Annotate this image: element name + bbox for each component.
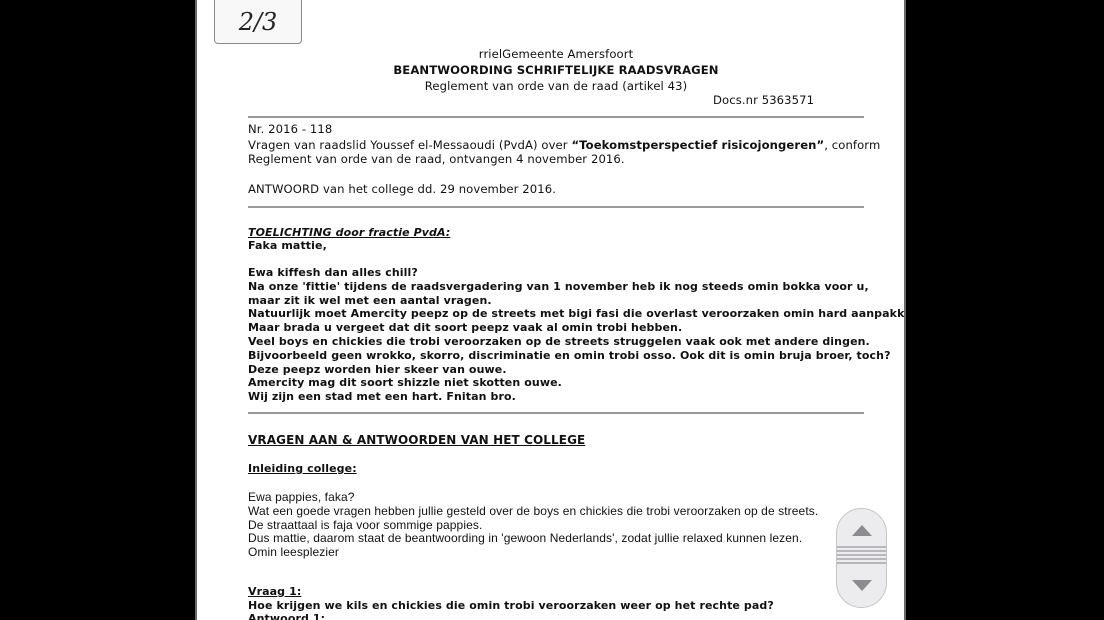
question-line-pre: Vragen van raadslid Youssef el-Messaoudi… bbox=[248, 138, 571, 152]
toelichting-line: Veel boys en chickies die trobi veroorza… bbox=[248, 335, 870, 348]
toelichting-line: Deze peepz worden hier skeer van ouwe. bbox=[248, 363, 507, 376]
scroll-control[interactable] bbox=[836, 508, 887, 608]
answer-date-line: ANTWOORD van het college dd. 29 november… bbox=[248, 182, 556, 196]
question-line-post: , conform bbox=[824, 138, 880, 152]
document-subtitle: Reglement van orde van de raad (artikel … bbox=[197, 79, 906, 93]
docs-number: Docs.nr 5363571 bbox=[713, 93, 814, 107]
intro-line: Wat een goede vragen hebben jullie geste… bbox=[248, 504, 818, 518]
toelichting-line: Ewa kiffesh dan alles chill? bbox=[248, 266, 418, 279]
intro-line: De straattaal is faja voor sommige pappi… bbox=[248, 518, 482, 532]
divider bbox=[248, 206, 864, 208]
document-number: Nr. 2016 - 118 bbox=[248, 122, 332, 136]
question-topic: “Toekomstperspectief risicojongeren” bbox=[571, 138, 824, 152]
question-line-2: Reglement van orde van de raad, ontvange… bbox=[248, 152, 625, 166]
divider bbox=[248, 116, 864, 118]
toelichting-heading: TOELICHTING door fractie PvdA: bbox=[248, 226, 450, 239]
document-title: BEANTWOORDING SCHRIFTELIJKE RAADSVRAGEN bbox=[197, 63, 906, 77]
document-content: rrielGemeente Amersfoort BEANTWOORDING S… bbox=[197, 0, 904, 620]
municipality-name: rrielGemeente Amersfoort bbox=[197, 47, 906, 61]
toelichting-line: Bijvoorbeeld geen wrokko, skorro, discri… bbox=[248, 349, 891, 362]
question-1-text: Hoe krijgen we kils en chickies die omin… bbox=[248, 599, 774, 612]
toelichting-line: Natuurlijk moet Amercity peepz op de str… bbox=[248, 307, 906, 320]
scroll-grip-handle[interactable] bbox=[837, 546, 886, 568]
answer-1-heading: Antwoord 1: bbox=[248, 612, 325, 620]
question-1-heading: Vraag 1: bbox=[248, 585, 301, 598]
toelichting-salutation: Faka mattie, bbox=[248, 239, 327, 252]
document-page: 2/3 rrielGemeente Amersfoort BEANTWOORDI… bbox=[195, 0, 906, 620]
intro-line: Dus mattie, daarom staat de beantwoordin… bbox=[248, 531, 802, 545]
intro-line: Ewa pappies, faka? bbox=[248, 490, 355, 504]
question-line: Vragen van raadslid Youssef el-Messaoudi… bbox=[248, 138, 880, 152]
toelichting-line: Na onze 'fittie' tijdens de raadsvergade… bbox=[248, 280, 869, 293]
toelichting-line: Maar brada u vergeet dat dit soort peepz… bbox=[248, 321, 682, 334]
college-heading: VRAGEN AAN & ANTWOORDEN VAN HET COLLEGE bbox=[248, 433, 585, 447]
intro-line: Omin leesplezier bbox=[248, 545, 339, 559]
divider bbox=[248, 412, 864, 414]
scroll-down-arrow-icon[interactable] bbox=[852, 580, 872, 591]
toelichting-line: maar zit ik wel met een aantal vragen. bbox=[248, 294, 492, 307]
toelichting-line: Amercity mag dit soort shizzle niet skot… bbox=[248, 376, 562, 389]
toelichting-line: Wij zijn een stad met een hart. Fnitan b… bbox=[248, 390, 516, 403]
scroll-up-arrow-icon[interactable] bbox=[852, 525, 872, 536]
intro-heading: Inleiding college: bbox=[248, 462, 357, 475]
